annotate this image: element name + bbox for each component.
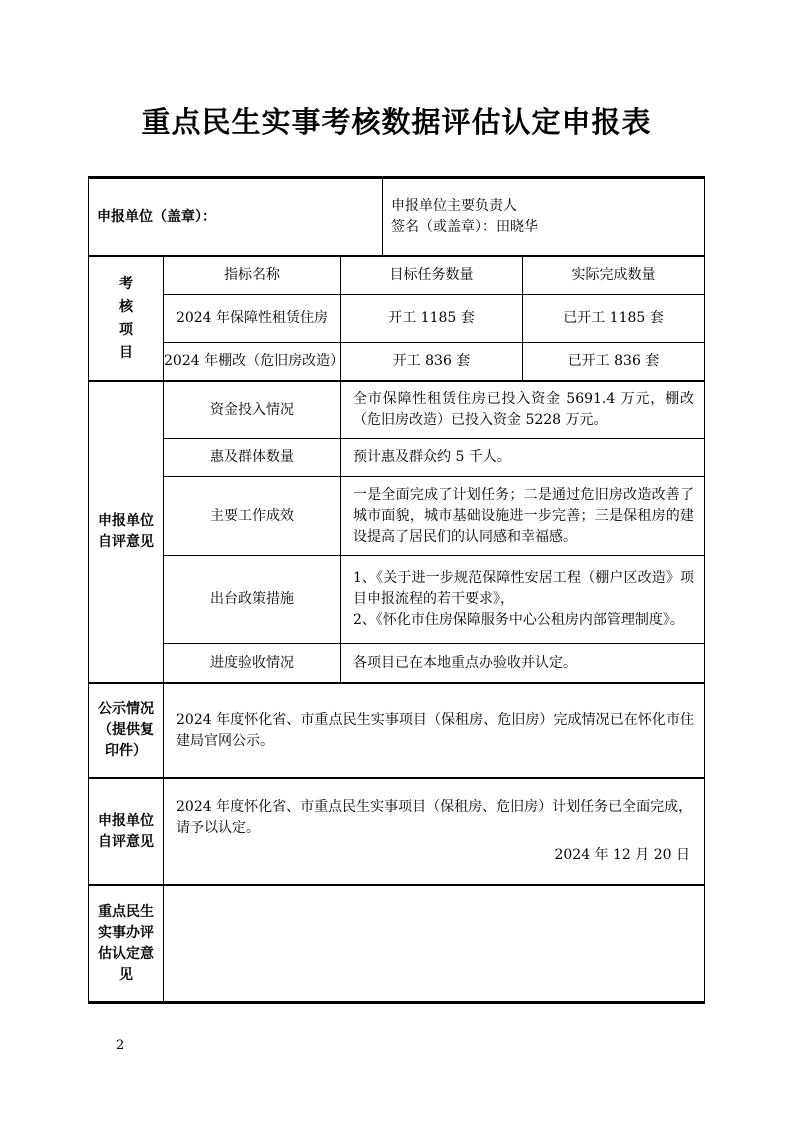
assessment-section-label: 考 核 项 目 (89, 257, 164, 380)
final-self-eval-content-cell: 2024 年度怀化省、市重点民生实事项目（保租房、危旧房）计划任务已全面完成，请… (164, 779, 704, 884)
office-opinion-section-label: 重点民生 实事办评 估认定意 见 (89, 886, 164, 1001)
page-number: 2 (116, 1038, 124, 1053)
self-eval-row-content: 1、《关于进一步规范保障性安居工程（棚户区改造》项目申报流程的若干要求》， 2、… (341, 556, 704, 644)
application-form-table: 申报单位（盖章）： 申报单位主要负责人 签名（或盖章）：田晓华 考 核 项 目 … (88, 176, 705, 1004)
section-assessment-items: 考 核 项 目 指标名称 目标任务数量 实际完成数量 2024 年保障性租赁住房… (89, 255, 704, 380)
self-eval-row-label: 进度验收情况 (164, 644, 341, 682)
final-self-eval-section-label: 申报单位 自评意见 (89, 779, 164, 884)
publicity-section-label: 公示情况 （提供复 印件） (89, 684, 164, 777)
final-self-eval-content: 2024 年度怀化省、市重点民生实事项目（保租房、危旧房）计划任务已全面完成，请… (176, 797, 694, 839)
self-eval-row-label: 出台政策措施 (164, 556, 341, 644)
self-eval-row-label: 惠及群体数量 (164, 439, 341, 477)
assessment-header-name: 指标名称 (164, 257, 341, 295)
assessment-header-actual: 实际完成数量 (523, 257, 704, 295)
section-self-eval-detail: 申报单位 自评意见 资金投入情况 全市保障性租赁住房已投入资金 5691.4 万… (89, 380, 704, 682)
table-row-name: 2024 年保障性租赁住房 (164, 295, 341, 343)
declaring-unit-label: 申报单位（盖章）： (89, 179, 383, 255)
table-row-actual: 已开工 836 套 (523, 343, 704, 380)
section-publicity: 公示情况 （提供复 印件） 2024 年度怀化省、市重点民生实事项目（保租房、危… (89, 682, 704, 777)
table-row-target: 开工 836 套 (341, 343, 523, 380)
document-page: 重点民生实事考核数据评估认定申报表 申报单位（盖章）： 申报单位主要负责人 签名… (0, 0, 793, 1122)
self-eval-row-label: 资金投入情况 (164, 382, 341, 439)
self-eval-row-content: 各项目已在本地重点办验收并认定。 (341, 644, 704, 682)
self-eval-row-label: 主要工作成效 (164, 477, 341, 556)
table-row-target: 开工 1185 套 (341, 295, 523, 343)
self-eval-row-content: 一是全面完成了计划任务；二是通过危旧房改造改善了城市面貌，城市基础设施进一步完善… (341, 477, 704, 556)
office-opinion-content (164, 886, 704, 1001)
table-row-name: 2024 年棚改（危旧房改造） (164, 343, 341, 380)
section-office-opinion: 重点民生 实事办评 估认定意 见 (89, 884, 704, 1001)
section-final-self-eval: 申报单位 自评意见 2024 年度怀化省、市重点民生实事项目（保租房、危旧房）计… (89, 777, 704, 884)
table-row-actual: 已开工 1185 套 (523, 295, 704, 343)
section-declaring-unit: 申报单位（盖章）： 申报单位主要负责人 签名（或盖章）：田晓华 (89, 179, 704, 255)
final-self-eval-date: 2024 年 12 月 20 日 (176, 845, 694, 866)
self-eval-section-label: 申报单位 自评意见 (89, 382, 164, 682)
responsible-person-cell: 申报单位主要负责人 签名（或盖章）：田晓华 (383, 179, 704, 255)
assessment-header-target: 目标任务数量 (341, 257, 523, 295)
page-title: 重点民生实事考核数据评估认定申报表 (0, 100, 793, 141)
self-eval-row-content: 预计惠及群众约 5 千人。 (341, 439, 704, 477)
self-eval-row-content: 全市保障性租赁住房已投入资金 5691.4 万元，棚改（危旧房改造）已投入资金 … (341, 382, 704, 439)
publicity-content: 2024 年度怀化省、市重点民生实事项目（保租房、危旧房）完成情况已在怀化市住建… (164, 684, 704, 777)
